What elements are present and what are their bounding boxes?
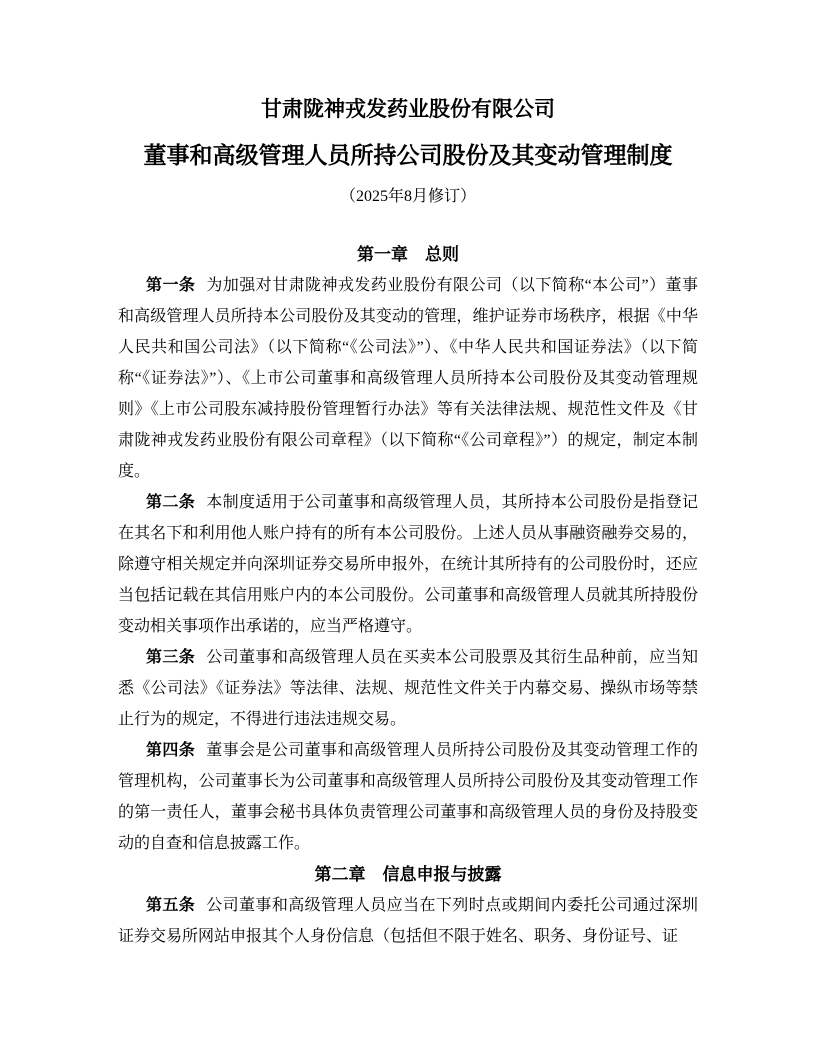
- article-4-label: 第四条: [146, 742, 195, 759]
- document-page: 甘肃陇神戎发药业股份有限公司 董事和高级管理人员所持公司股份及其变动管理制度 （…: [0, 0, 816, 1056]
- article-1-label: 第一条: [146, 277, 195, 294]
- article-3-text: 公司董事和高级管理人员在买卖本公司股票及其衍生品种前，应当知悉《公司法》《证券法…: [118, 649, 698, 728]
- article-5-label: 第五条: [146, 897, 195, 914]
- article-3-label: 第三条: [146, 649, 195, 666]
- article-1-text: 为加强对甘肃陇神戎发药业股份有限公司（以下简称“本公司”）董事和高级管理人员所持…: [118, 277, 698, 480]
- article-2-text: 本制度适用于公司董事和高级管理人员，其所持本公司股份是指登记在其名下和利用他人账…: [118, 494, 698, 635]
- chapter-2-heading: 第二章 信息申报与披露: [118, 859, 698, 890]
- article-5-text: 公司董事和高级管理人员应当在下列时点或期间内委托公司通过深圳证券交易所网站申报其…: [118, 897, 698, 945]
- company-title: 甘肃陇神戎发药业股份有限公司: [118, 96, 698, 122]
- document-title: 董事和高级管理人员所持公司股份及其变动管理制度: [118, 142, 698, 170]
- chapter-1-heading: 第一章 总则: [118, 239, 698, 270]
- article-4-text: 董事会是公司董事和高级管理人员所持公司股份及其变动管理工作的管理机构，公司董事长…: [118, 742, 698, 852]
- article-2-label: 第二条: [146, 494, 195, 511]
- revision-note: （2025年8月修订）: [118, 187, 698, 207]
- article-2: 第二条本制度适用于公司董事和高级管理人员，其所持本公司股份是指登记在其名下和利用…: [118, 487, 698, 642]
- article-5: 第五条公司董事和高级管理人员应当在下列时点或期间内委托公司通过深圳证券交易所网站…: [118, 890, 698, 952]
- article-4: 第四条董事会是公司董事和高级管理人员所持公司股份及其变动管理工作的管理机构，公司…: [118, 735, 698, 859]
- article-1: 第一条为加强对甘肃陇神戎发药业股份有限公司（以下简称“本公司”）董事和高级管理人…: [118, 270, 698, 487]
- article-3: 第三条公司董事和高级管理人员在买卖本公司股票及其衍生品种前，应当知悉《公司法》《…: [118, 642, 698, 735]
